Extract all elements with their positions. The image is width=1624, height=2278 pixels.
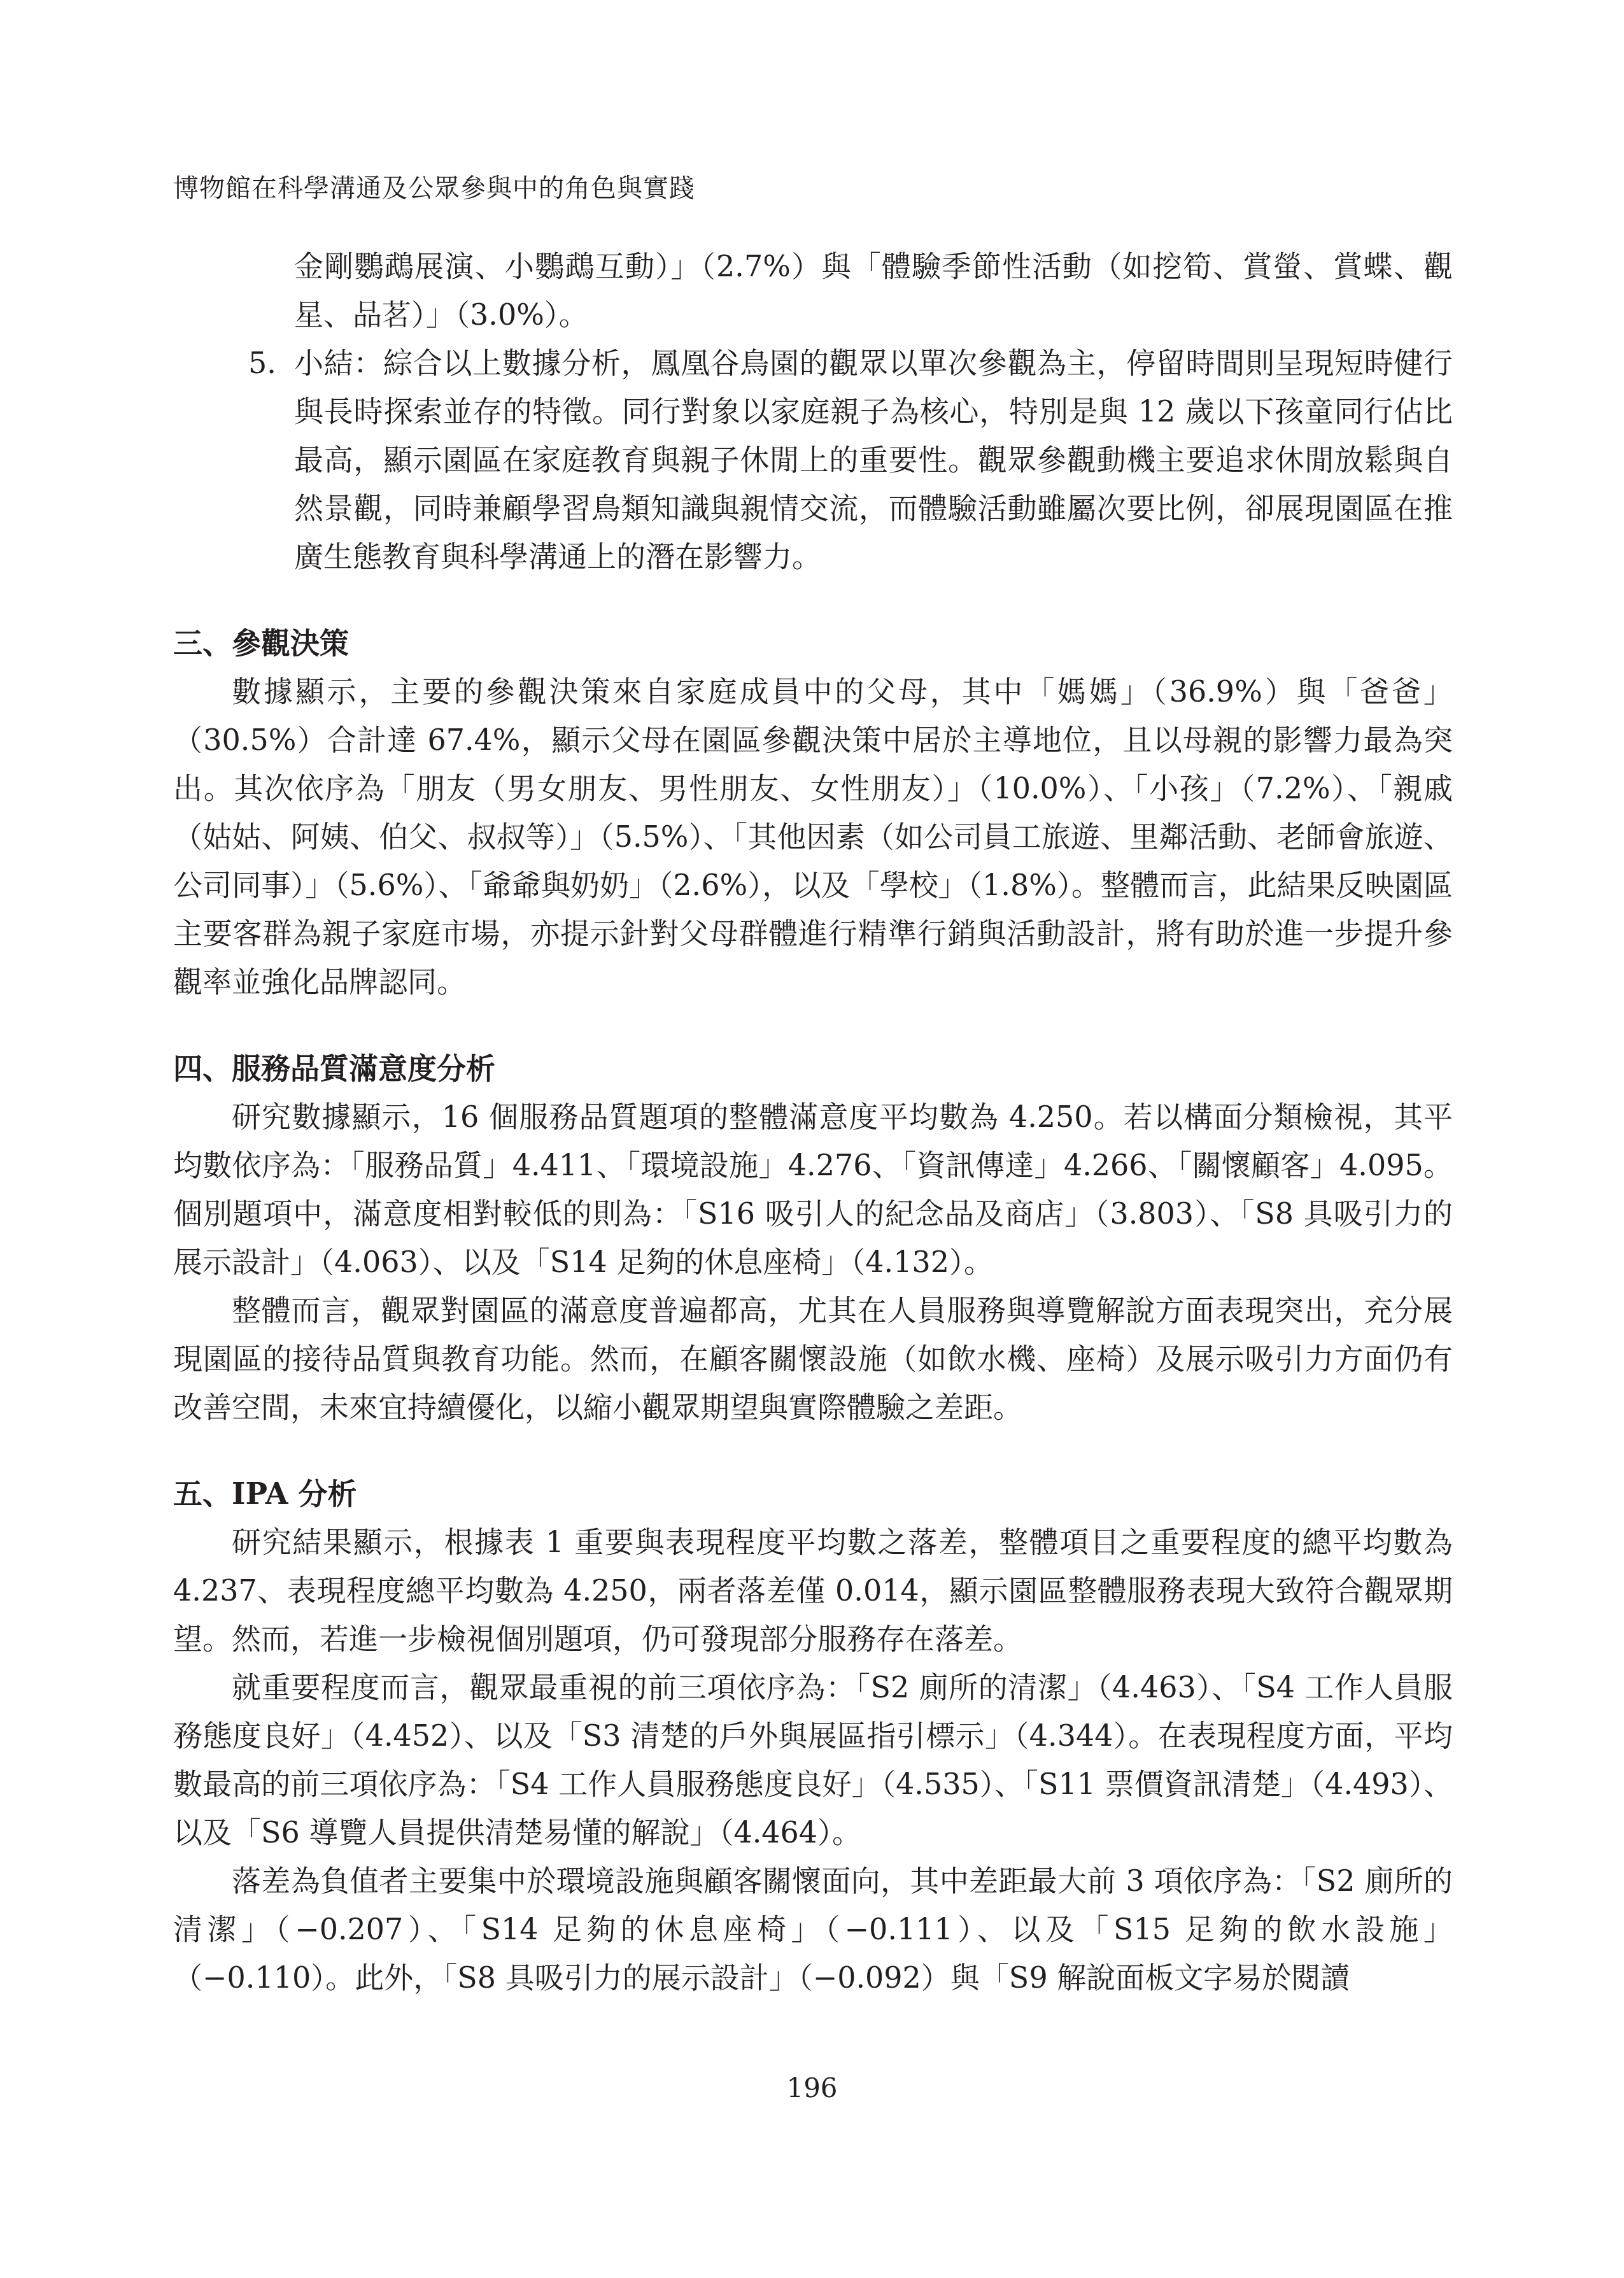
- paragraph: 研究數據顯示，16 個服務品質題項的整體滿意度平均數為 4.250。若以構面分類…: [173, 1093, 1453, 1286]
- page-content: 金剛鸚鵡展演、小鸚鵡互動）」（2.7%）與「體驗季節性活動（如挖筍、賞螢、賞蝶、…: [173, 242, 1453, 2002]
- list-item-number: 5.: [248, 339, 276, 387]
- section-heading-visit-decision: 三、參觀決策: [173, 619, 1453, 667]
- paragraph: 研究結果顯示，根據表 1 重要與表現程度平均數之落差，整體項目之重要程度的總平均…: [173, 1518, 1453, 1663]
- list-item-text: 小結：綜合以上數據分析，鳳凰谷鳥園的觀眾以單次參觀為主，停留時間則呈現短時健行與…: [294, 346, 1453, 574]
- paragraph: 整體而言，觀眾對園區的滿意度普遍都高，尤其在人員服務與導覽解說方面表現突出，充分…: [173, 1286, 1453, 1431]
- list-item: 5. 小結：綜合以上數據分析，鳳凰谷鳥園的觀眾以單次參觀為主，停留時間則呈現短時…: [173, 339, 1453, 581]
- paragraph: 就重要程度而言，觀眾最重視的前三項依序為：「S2 廁所的清潔」（4.463）、「…: [173, 1663, 1453, 1857]
- continuation-paragraph: 金剛鸚鵡展演、小鸚鵡互動）」（2.7%）與「體驗季節性活動（如挖筍、賞螢、賞蝶、…: [173, 242, 1453, 339]
- document-page: 博物館在科學溝通及公眾參與中的角色與實踐 金剛鸚鵡展演、小鸚鵡互動）」（2.7%…: [0, 0, 1624, 2278]
- paragraph: 數據顯示，主要的參觀決策來自家庭成員中的父母，其中「媽媽」（36.9%）與「爸爸…: [173, 667, 1453, 1006]
- paragraph: 落差為負值者主要集中於環境設施與顧客關懷面向，其中差距最大前 3 項依序為：「S…: [173, 1857, 1453, 2002]
- page-number: 196: [0, 2070, 1624, 2106]
- section-heading-satisfaction: 四、服務品質滿意度分析: [173, 1044, 1453, 1093]
- section-heading-ipa-analysis: 五、IPA 分析: [173, 1469, 1453, 1518]
- running-header: 博物館在科學溝通及公眾參與中的角色與實踐: [173, 171, 695, 206]
